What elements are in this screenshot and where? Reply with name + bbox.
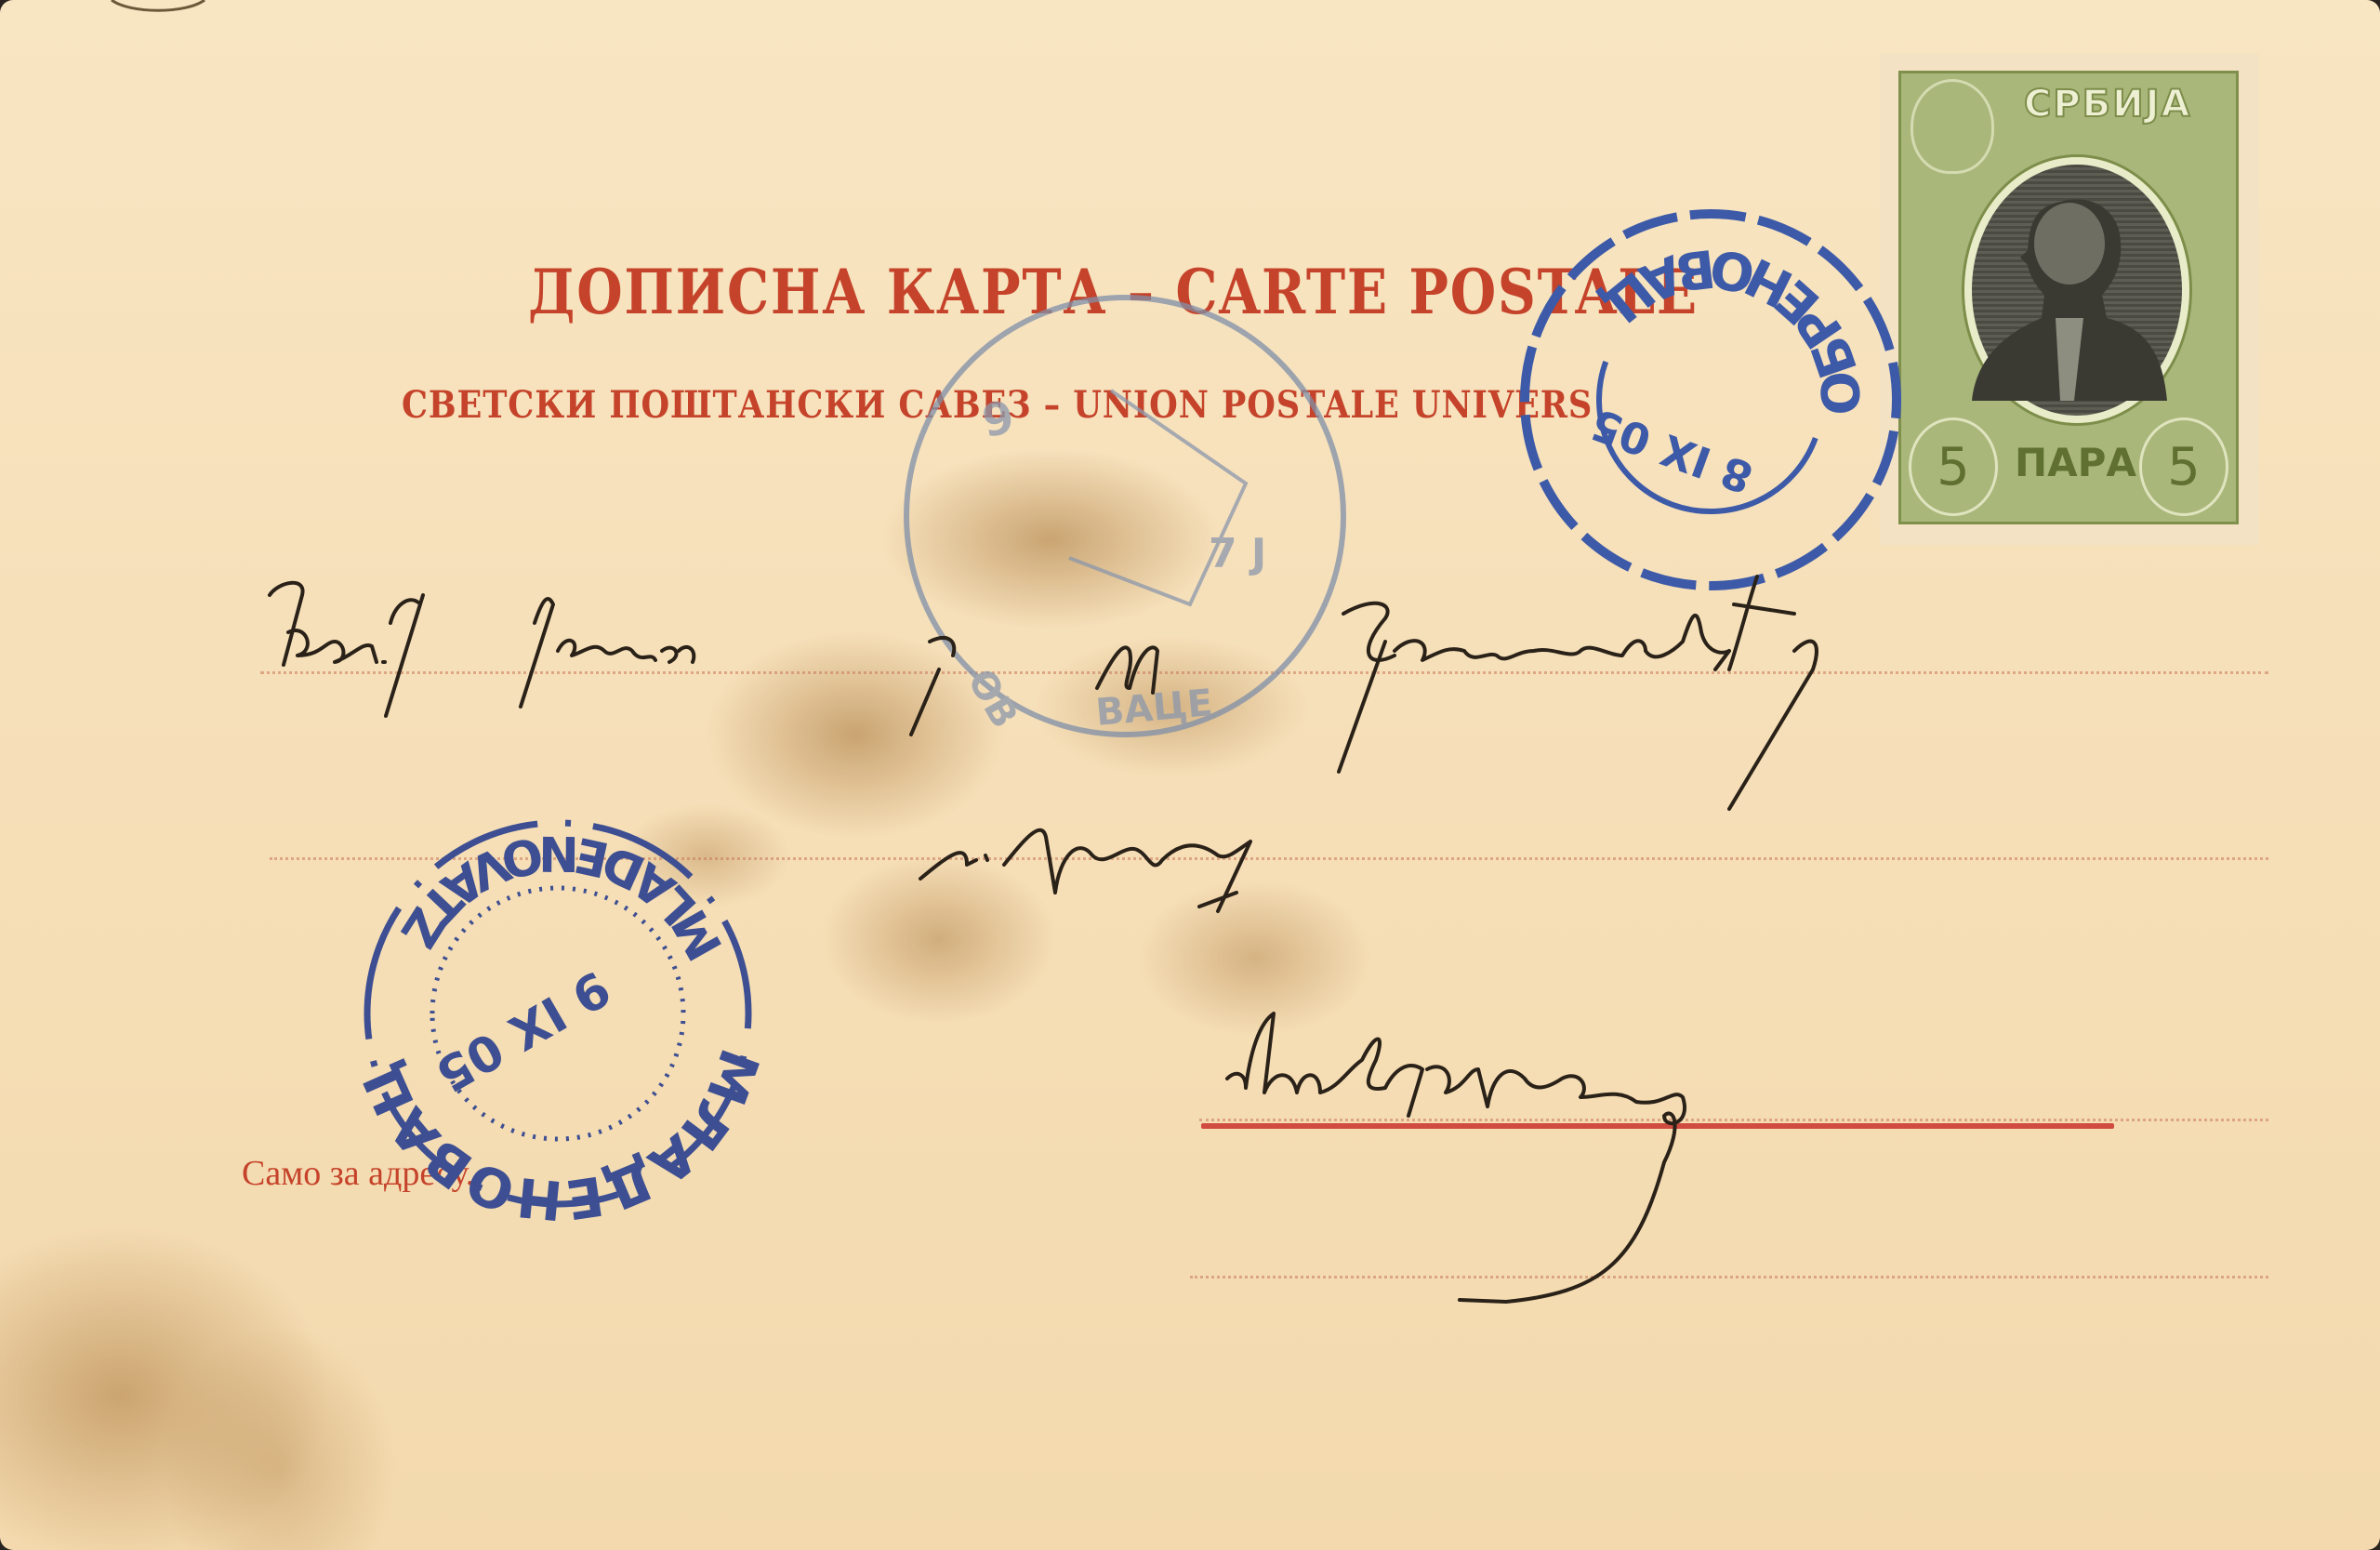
card-subtitle: СВЕТСКИ ПОШТАНСКИ САВЕЗ – UNION POSTALE … [402, 383, 1593, 427]
svg-text:7 J: 7 J [1209, 530, 1266, 577]
address-line-4 [1190, 1276, 2268, 1278]
coat-of-arms-icon [1911, 79, 1994, 174]
svg-text:8 IX 05: 8 IX 05 [1584, 399, 1759, 504]
svg-text:ВАЦЕ: ВАЦЕ [1094, 682, 1214, 735]
svg-text:9 IX 05: 9 IX 05 [427, 959, 619, 1102]
address-line-2 [270, 857, 2268, 860]
stamp-denomination: ПАРА [2015, 440, 2136, 485]
stamp-country: СРБИЈА [2024, 83, 2191, 126]
postcard: ДОПИСНА КАРТА – CARTE POSTALE СВЕТСКИ ПО… [0, 0, 2380, 1550]
address-only-note: Само за адресу. [242, 1153, 474, 1194]
stamp-design: СРБИЈА 5 ПАРА 5 [1898, 71, 2239, 524]
postage-stamp: СРБИЈА 5 ПАРА 5 [1880, 54, 2259, 545]
stamp-value-left: 5 [1909, 417, 1998, 516]
card-title: ДОПИСНА КАРТА – CARTE POSTALE [528, 256, 1699, 328]
svg-text:МЛАДЕНОВАЦ: МЛАДЕНОВАЦ [349, 1041, 772, 1233]
king-portrait-icon [1964, 157, 2189, 423]
transit-postmark: 9 7 J OB ВАЦЕ [906, 298, 1343, 735]
stamp-value-right: 5 [2139, 417, 2228, 516]
address-line-1 [260, 671, 2268, 674]
edge-mark [112, 0, 205, 10]
address-line-3 [1199, 1119, 2268, 1121]
address-underline [1201, 1123, 2114, 1129]
svg-text:MLADENOVATZ: MLADENOVATZ [390, 825, 734, 969]
